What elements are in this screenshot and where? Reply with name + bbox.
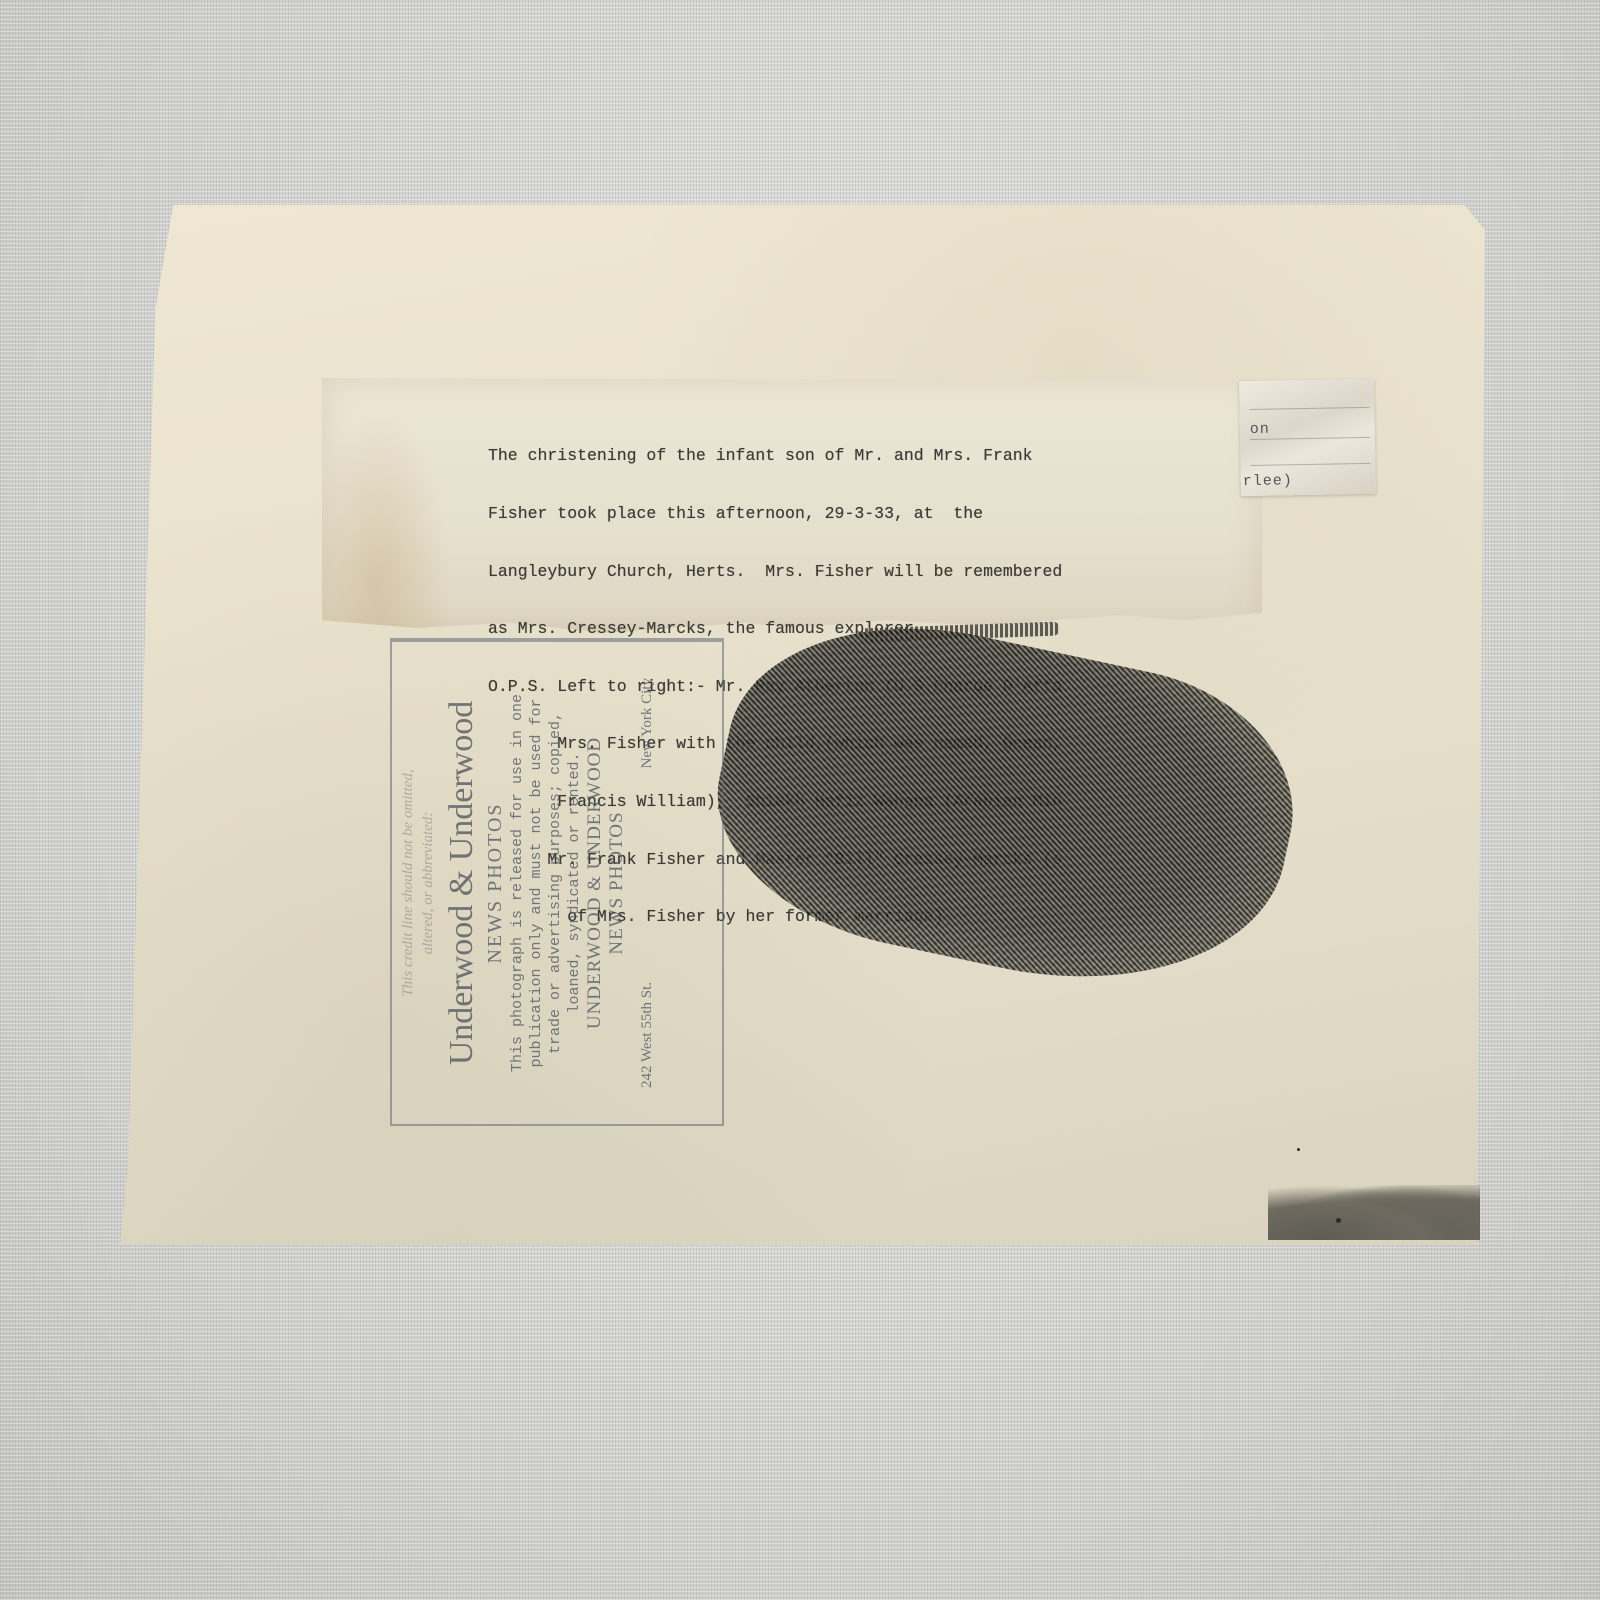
agency-stamp: This credit line should not be omitted, …: [390, 638, 724, 1126]
stamp-credit-notice: This credit line should not be omitted,: [398, 648, 418, 1118]
stain-speck: [1297, 1148, 1300, 1151]
corner-stain: [1268, 1185, 1480, 1240]
stamp-agency-sub: NEWS PHOTOS: [482, 648, 508, 1118]
stamp-release-line: loaned, syndicated or rented.: [565, 648, 584, 1118]
stamp-text-rotated: This credit line should not be omitted, …: [398, 648, 716, 1118]
stain-speck: [1336, 1218, 1341, 1223]
stamp-footer-sub: NEWS PHOTOS: [606, 648, 628, 1118]
stamp-release-line: This photograph is released for use in o…: [508, 648, 527, 1118]
stamp-credit-notice: altered, or abbreviated:: [418, 648, 438, 1118]
caption-line: The christening of the infant son of Mr.…: [488, 446, 1268, 465]
caption-line: Fisher took place this afternoon, 29-3-3…: [488, 504, 1268, 523]
tape-crease: [1250, 463, 1370, 466]
stamp-release-line: publication only and must not be used fo…: [527, 648, 546, 1118]
stamp-address: 242 West 55th St. New York City: [636, 648, 658, 1118]
stamp-address-street: 242 West 55th St.: [636, 982, 658, 1088]
stamp-address-city: New York City: [636, 678, 658, 768]
caption-line: Langleybury Church, Herts. Mrs. Fisher w…: [488, 562, 1268, 581]
stamp-agency-name: Underwood & Underwood: [442, 648, 482, 1118]
stamp-release-line: trade or advertising purposes; copied,: [546, 648, 565, 1118]
stamp-footer-name: UNDERWOOD & UNDERWOOD: [584, 648, 606, 1118]
